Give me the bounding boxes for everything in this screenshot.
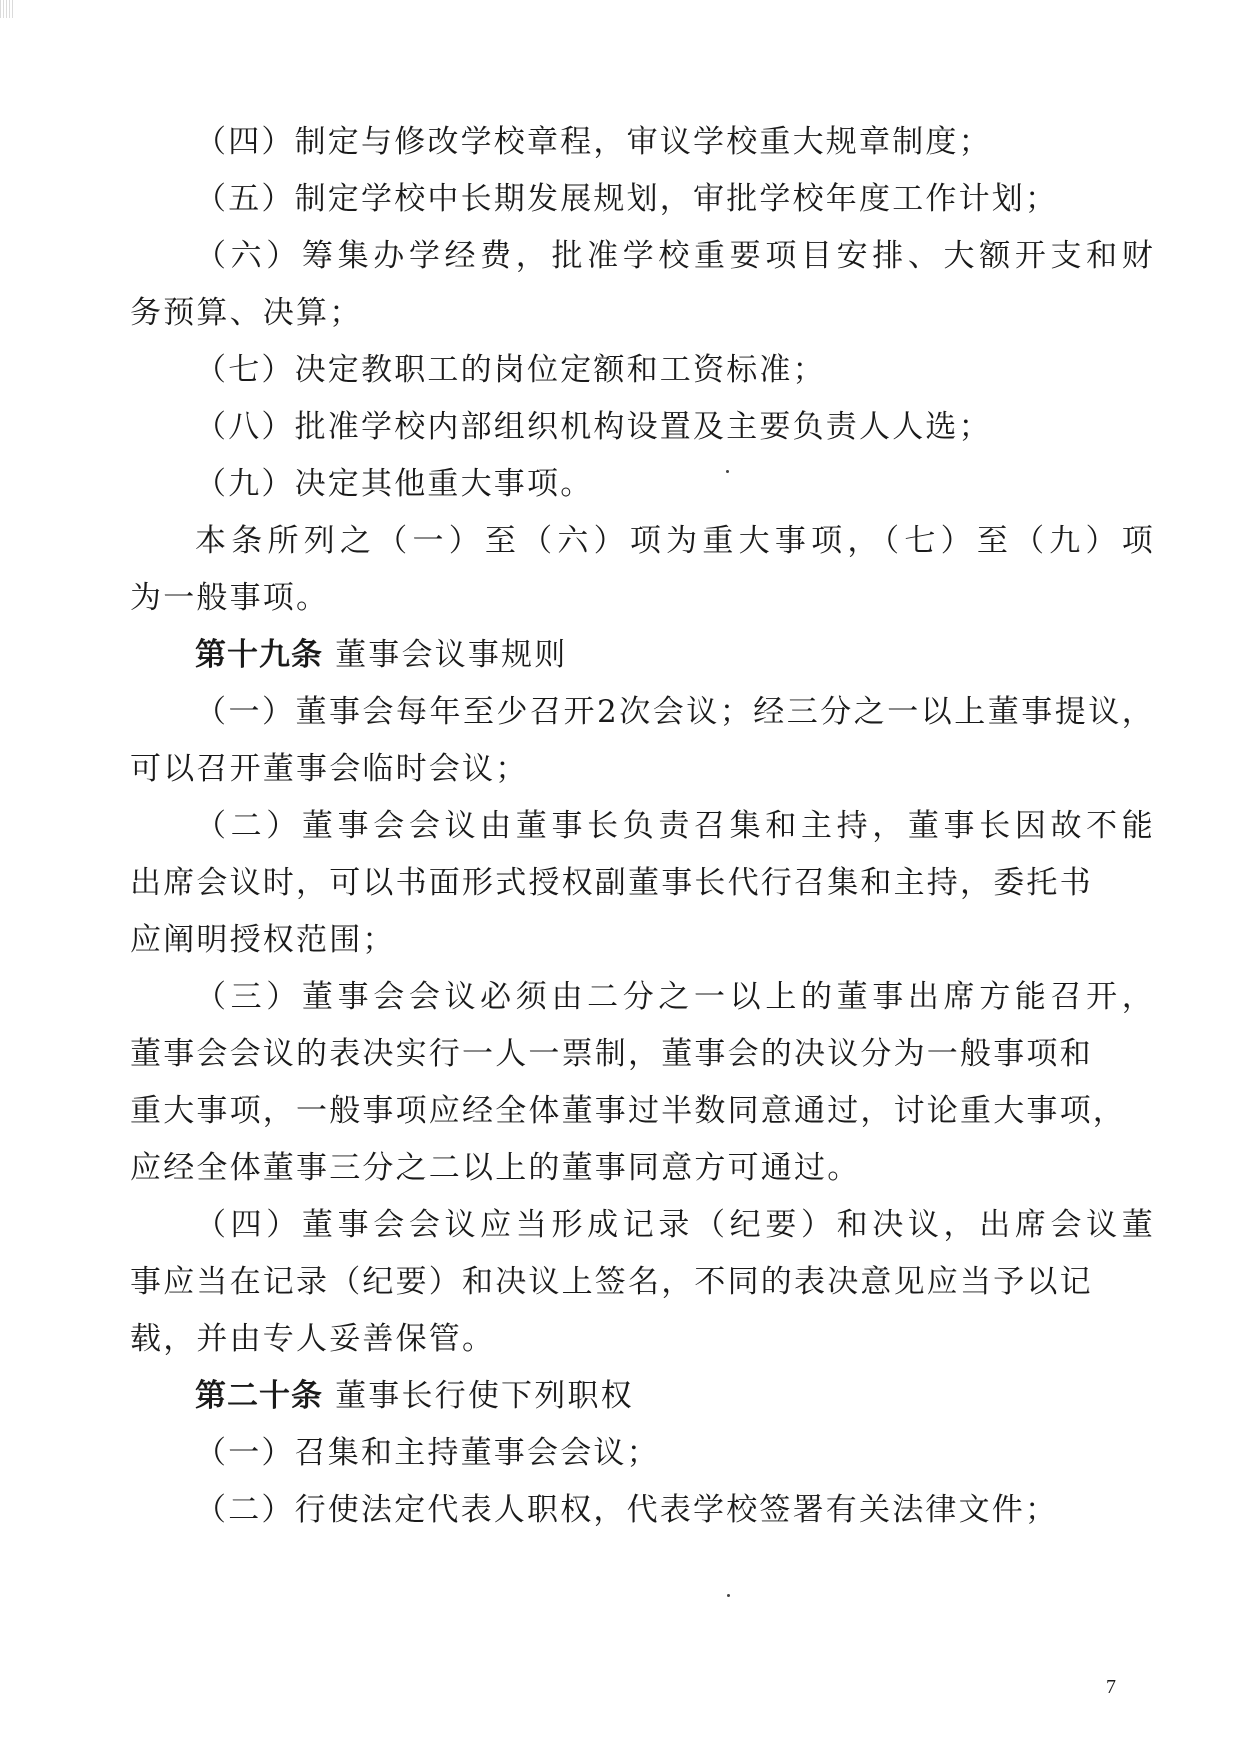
- scan-speck: [727, 1594, 730, 1597]
- rule-item-2-cont-1: 出席会议时，可以书面形式授权副董事长代行召集和主持，委托书: [130, 863, 1090, 903]
- article-19-title: 董事会议事规则: [335, 637, 567, 673]
- power-item-1: （一）召集和主持董事会会议；: [195, 1433, 1155, 1473]
- list-item-6-cont: 务预算、决算；: [130, 293, 1090, 333]
- page-number: 7: [1106, 1676, 1116, 1699]
- list-item-4: （四）制定与修改学校章程，审议学校重大规章制度；: [195, 122, 1155, 162]
- article-20-label: 第二十条: [195, 1378, 323, 1414]
- scan-speck: [726, 470, 729, 473]
- document-page: （四）制定与修改学校章程，审议学校重大规章制度； （五）制定学校中长期发展规划，…: [0, 0, 1240, 1754]
- list-item-5: （五）制定学校中长期发展规划，审批学校年度工作计划；: [195, 179, 1155, 219]
- rule-item-4-cont-1: 事应当在记录（纪要）和决议上签名，不同的表决意见应当予以记: [130, 1262, 1090, 1302]
- rule-item-2-cont-2: 应阐明授权范围；: [130, 920, 1090, 960]
- article-19-heading: 第十九条 董事会议事规则: [195, 635, 1155, 675]
- article-19-label: 第十九条: [195, 637, 323, 673]
- list-item-7: （七）决定教职工的岗位定额和工资标准；: [195, 350, 1155, 390]
- rule-item-3-cont-3: 应经全体董事三分之二以上的董事同意方可通过。: [130, 1148, 1090, 1188]
- rule-item-1-cont: 可以召开董事会临时会议；: [130, 749, 1090, 789]
- scan-edge-artifact: [0, 0, 14, 18]
- summary-paragraph: 本条所列之（一）至（六）项为重大事项，（七）至（九）项: [195, 521, 1155, 561]
- rule-item-3-cont-1: 董事会会议的表决实行一人一票制，董事会的决议分为一般事项和: [130, 1034, 1090, 1074]
- article-20-title: 董事长行使下列职权: [335, 1378, 634, 1414]
- rule-item-1: （一）董事会每年至少召开2次会议；经三分之一以上董事提议，: [195, 692, 1155, 732]
- list-item-9: （九）决定其他重大事项。: [195, 464, 1155, 504]
- summary-paragraph-cont: 为一般事项。: [130, 578, 1090, 618]
- rule-item-3-cont-2: 重大事项，一般事项应经全体董事过半数同意通过，讨论重大事项，: [130, 1091, 1090, 1131]
- list-item-8: （八）批准学校内部组织机构设置及主要负责人人选；: [195, 407, 1155, 447]
- rule-item-2: （二）董事会会议由董事长负责召集和主持，董事长因故不能: [195, 806, 1155, 846]
- power-item-2: （二）行使法定代表人职权，代表学校签署有关法律文件；: [195, 1490, 1155, 1530]
- article-20-heading: 第二十条 董事长行使下列职权: [195, 1376, 1155, 1416]
- list-item-6: （六）筹集办学经费，批准学校重要项目安排、大额开支和财: [195, 236, 1155, 276]
- rule-item-3: （三）董事会会议必须由二分之一以上的董事出席方能召开，: [195, 977, 1155, 1017]
- rule-item-4-cont-2: 载，并由专人妥善保管。: [130, 1319, 1090, 1359]
- rule-item-4: （四）董事会会议应当形成记录（纪要）和决议，出席会议董: [195, 1205, 1155, 1245]
